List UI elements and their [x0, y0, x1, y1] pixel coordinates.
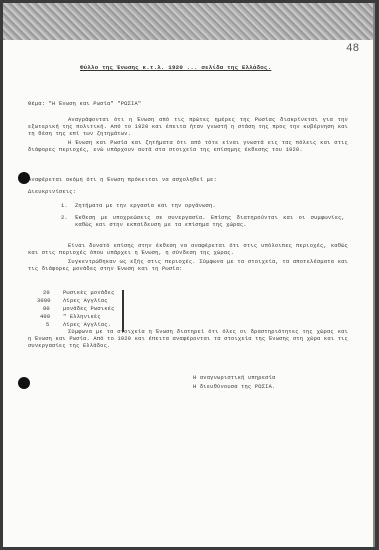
list-number-1: 1.	[61, 203, 68, 210]
list-number-2: 2.	[61, 215, 68, 222]
page-number: 48	[346, 43, 359, 55]
figure-qty-3: 80	[43, 306, 50, 313]
signature-line-1: Η αναγνωριστική υπηρεσία	[193, 375, 275, 382]
paragraph-1: Αναγράφονται ότι η Ένωση από τις πρώτες …	[28, 117, 348, 139]
subject-line: Θέμα: "Η Ένωση και Ρωσία" "ΡΩΣΙΑ"	[28, 101, 141, 108]
clarifications-label: Διευκρινίσεις:	[28, 189, 76, 196]
figure-qty-1: 20	[43, 290, 50, 297]
figure-qty-4: 400	[40, 314, 50, 321]
figure-label-3: μονάδες Ρωσικές	[63, 306, 115, 313]
figure-qty-2: 3000	[37, 298, 51, 305]
paragraph-2: Η Ένωση και Ρωσία και ζητήματα ότι από τ…	[28, 140, 348, 154]
signature-line-2: Η διευθύνουσα της ΡΩΣΙΑ.	[193, 384, 275, 391]
scan-header-band	[3, 3, 373, 40]
figure-label-1: Ρωσικές μονάδες	[63, 290, 115, 297]
figures-brace	[119, 290, 124, 332]
document-title: Φύλλο της Ένωσης κ.τ.λ. 1920 ... σελίδα …	[80, 64, 271, 71]
document-page: 48 Φύλλο της Ένωσης κ.τ.λ. 1920 ... σελί…	[3, 3, 375, 547]
list-item-1: Ζητήματα με την εργασία και την οργάνωση…	[75, 203, 345, 210]
closing-paragraph: Σύμφωνα με τα στοιχεία η Ένωση διατηρεί …	[28, 329, 348, 351]
paragraph-5: Συγκεντρώθηκαν ως εξής στις περιοχές. Σύ…	[28, 259, 348, 273]
list-item-2: Έκθεση με υποχρεώσεις σε συνεργασία. Επί…	[75, 215, 345, 229]
figure-label-4: " Ελληνικές	[63, 314, 101, 321]
punch-hole-top	[18, 172, 30, 184]
paragraph-4: Είναι δυνατό επίσης στην έκθεση να αναφέ…	[28, 243, 348, 257]
figure-label-2: Λίρες Αγγλίας	[63, 298, 108, 305]
paragraph-3: Αναφέρεται ακόμη ότι η Ένωση πρόκειται ν…	[28, 177, 348, 184]
punch-hole-bottom	[18, 377, 30, 389]
